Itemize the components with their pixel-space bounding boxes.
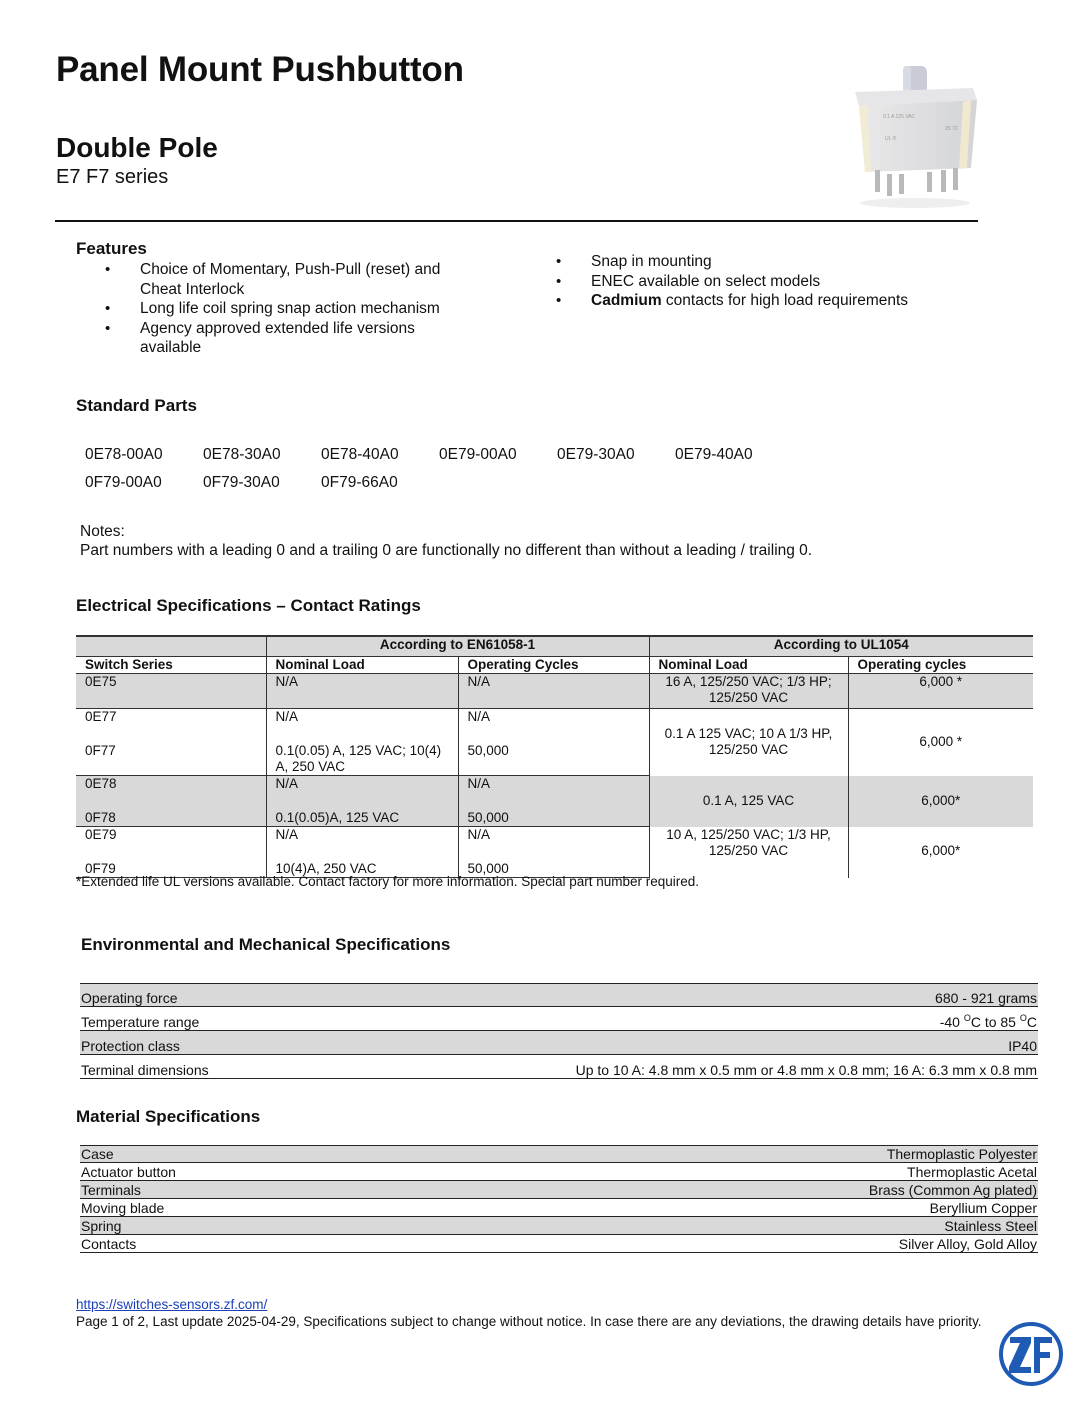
series-label: E7 F7 series [56, 166, 168, 189]
ul-nominal-load: 0.1 A, 125 VAC [649, 776, 848, 827]
table-column-header-row: Switch Series Nominal Load Operating Cyc… [76, 657, 1033, 674]
table-group-header-row: According to EN61058-1 According to UL10… [76, 636, 1033, 657]
part-number: 0F79-30A0 [203, 474, 321, 502]
svg-text:UL ®: UL ® [885, 135, 897, 142]
col-en-nominal-load: Nominal Load [266, 657, 458, 674]
col-ul-nominal-load: Nominal Load [649, 657, 848, 674]
col-en-operating-cycles: Operating Cycles [458, 657, 649, 674]
table-row: ContactsSilver Alloy, Gold Alloy [80, 1235, 1038, 1253]
website-link[interactable]: https://switches-sensors.zf.com/ [76, 1297, 267, 1312]
document-title: Panel Mount Pushbutton [56, 50, 464, 90]
ul-operating-cycles: 6,000* [848, 776, 1033, 827]
features-list-right: Snap in mounting ENEC available on selec… [527, 252, 987, 311]
header-divider [55, 220, 978, 222]
features-list-left: Choice of Momentary, Push-Pull (reset) a… [76, 260, 476, 358]
zf-logo-icon [998, 1321, 1064, 1387]
feature-item: Agency approved extended life versions a… [76, 319, 476, 358]
ul-operating-cycles: 6,000 * [848, 674, 1033, 709]
table-row: Operating force 680 - 921 grams [80, 983, 1038, 1007]
table-row: Temperature range -40 OC to 85 OC [80, 1007, 1038, 1031]
footer-text: Page 1 of 2, Last update 2025-04-29, Spe… [76, 1313, 986, 1330]
feature-item: ENEC available on select models [527, 272, 987, 292]
feature-emphasis: Cadmium [591, 292, 662, 309]
standard-parts-heading: Standard Parts [76, 396, 197, 416]
environmental-heading: Environmental and Mechanical Specificati… [81, 935, 450, 955]
svg-text:0.1 A 125 VAC: 0.1 A 125 VAC [883, 114, 916, 120]
part-number: 0F79-66A0 [321, 474, 439, 502]
feature-item: Choice of Momentary, Push-Pull (reset) a… [76, 260, 476, 299]
ul-nominal-load: 16 A, 125/250 VAC; 1/3 HP; 125/250 VAC [649, 674, 848, 709]
table-row: SpringStainless Steel [80, 1217, 1038, 1235]
temperature-value: -40 OC to 85 OC [940, 1013, 1037, 1030]
part-number: 0E79-00A0 [439, 446, 557, 474]
col-switch-series: Switch Series [76, 657, 266, 674]
environmental-table: Operating force 680 - 921 grams Temperat… [80, 983, 1038, 1079]
svg-text:25 72: 25 72 [945, 126, 958, 132]
table-row: 0E77N/AN/A0.1 A 125 VAC; 10 A 1/3 HP, 12… [76, 709, 1033, 744]
feature-item: Cadmium contacts for high load requireme… [527, 291, 987, 311]
notes-label: Notes: [80, 522, 812, 541]
notes: Notes: Part numbers with a leading 0 and… [80, 522, 812, 560]
part-number: 0E78-00A0 [85, 446, 203, 474]
table-row: Protection class IP40 [80, 1031, 1038, 1055]
features-heading: Features [76, 239, 147, 259]
document-subtitle: Double Pole [56, 132, 218, 164]
col-ul-operating-cycles: Operating cycles [848, 657, 1033, 674]
material-table: CaseThermoplastic PolyesterActuator butt… [80, 1145, 1038, 1253]
footer: https://switches-sensors.zf.com/ Page 1 … [76, 1296, 986, 1330]
electrical-heading: Electrical Specifications – Contact Rati… [76, 596, 421, 616]
contact-ratings-table: According to EN61058-1 According to UL10… [76, 635, 1033, 878]
feature-item: Long life coil spring snap action mechan… [76, 299, 476, 319]
table-row: 0E75N/AN/A16 A, 125/250 VAC; 1/3 HP; 125… [76, 674, 1033, 709]
standard-parts-list: 0E78-00A0 0E78-30A0 0E78-40A0 0E79-00A0 … [85, 446, 793, 502]
part-number: 0E79-30A0 [557, 446, 675, 474]
table-row: Terminal dimensions Up to 10 A: 4.8 mm x… [80, 1055, 1038, 1079]
table-row: CaseThermoplastic Polyester [80, 1145, 1038, 1163]
table-row: TerminalsBrass (Common Ag plated) [80, 1181, 1038, 1199]
notes-text: Part numbers with a leading 0 and a trai… [80, 541, 812, 560]
part-number: 0E79-40A0 [675, 446, 793, 474]
table-row: Actuator buttonThermoplastic Acetal [80, 1163, 1038, 1181]
ul-nominal-load: 0.1 A 125 VAC; 10 A 1/3 HP, 125/250 VAC [649, 709, 848, 776]
table-row: 0E78N/AN/A0.1 A, 125 VAC6,000* [76, 776, 1033, 811]
part-number: 0E78-30A0 [203, 446, 321, 474]
table-row: Moving bladeBeryllium Copper [80, 1199, 1038, 1217]
material-heading: Material Specifications [76, 1107, 260, 1127]
part-number: 0E78-40A0 [321, 446, 439, 474]
ul-nominal-load: 10 A, 125/250 VAC; 1/3 HP, 125/250 VAC [649, 827, 848, 878]
ul1054-header: According to UL1054 [649, 636, 1033, 657]
feature-item: Snap in mounting [527, 252, 987, 272]
en61058-header: According to EN61058-1 [266, 636, 649, 657]
ul-operating-cycles: 6,000 * [848, 709, 1033, 776]
table-footnote: *Extended life UL versions available. Co… [76, 874, 699, 889]
part-number: 0F79-00A0 [85, 474, 203, 502]
product-image: 0.1 A 125 VACUL ®25 72 [845, 60, 985, 210]
ul-operating-cycles: 6,000* [848, 827, 1033, 878]
table-row: 0E79N/AN/A10 A, 125/250 VAC; 1/3 HP, 125… [76, 827, 1033, 862]
